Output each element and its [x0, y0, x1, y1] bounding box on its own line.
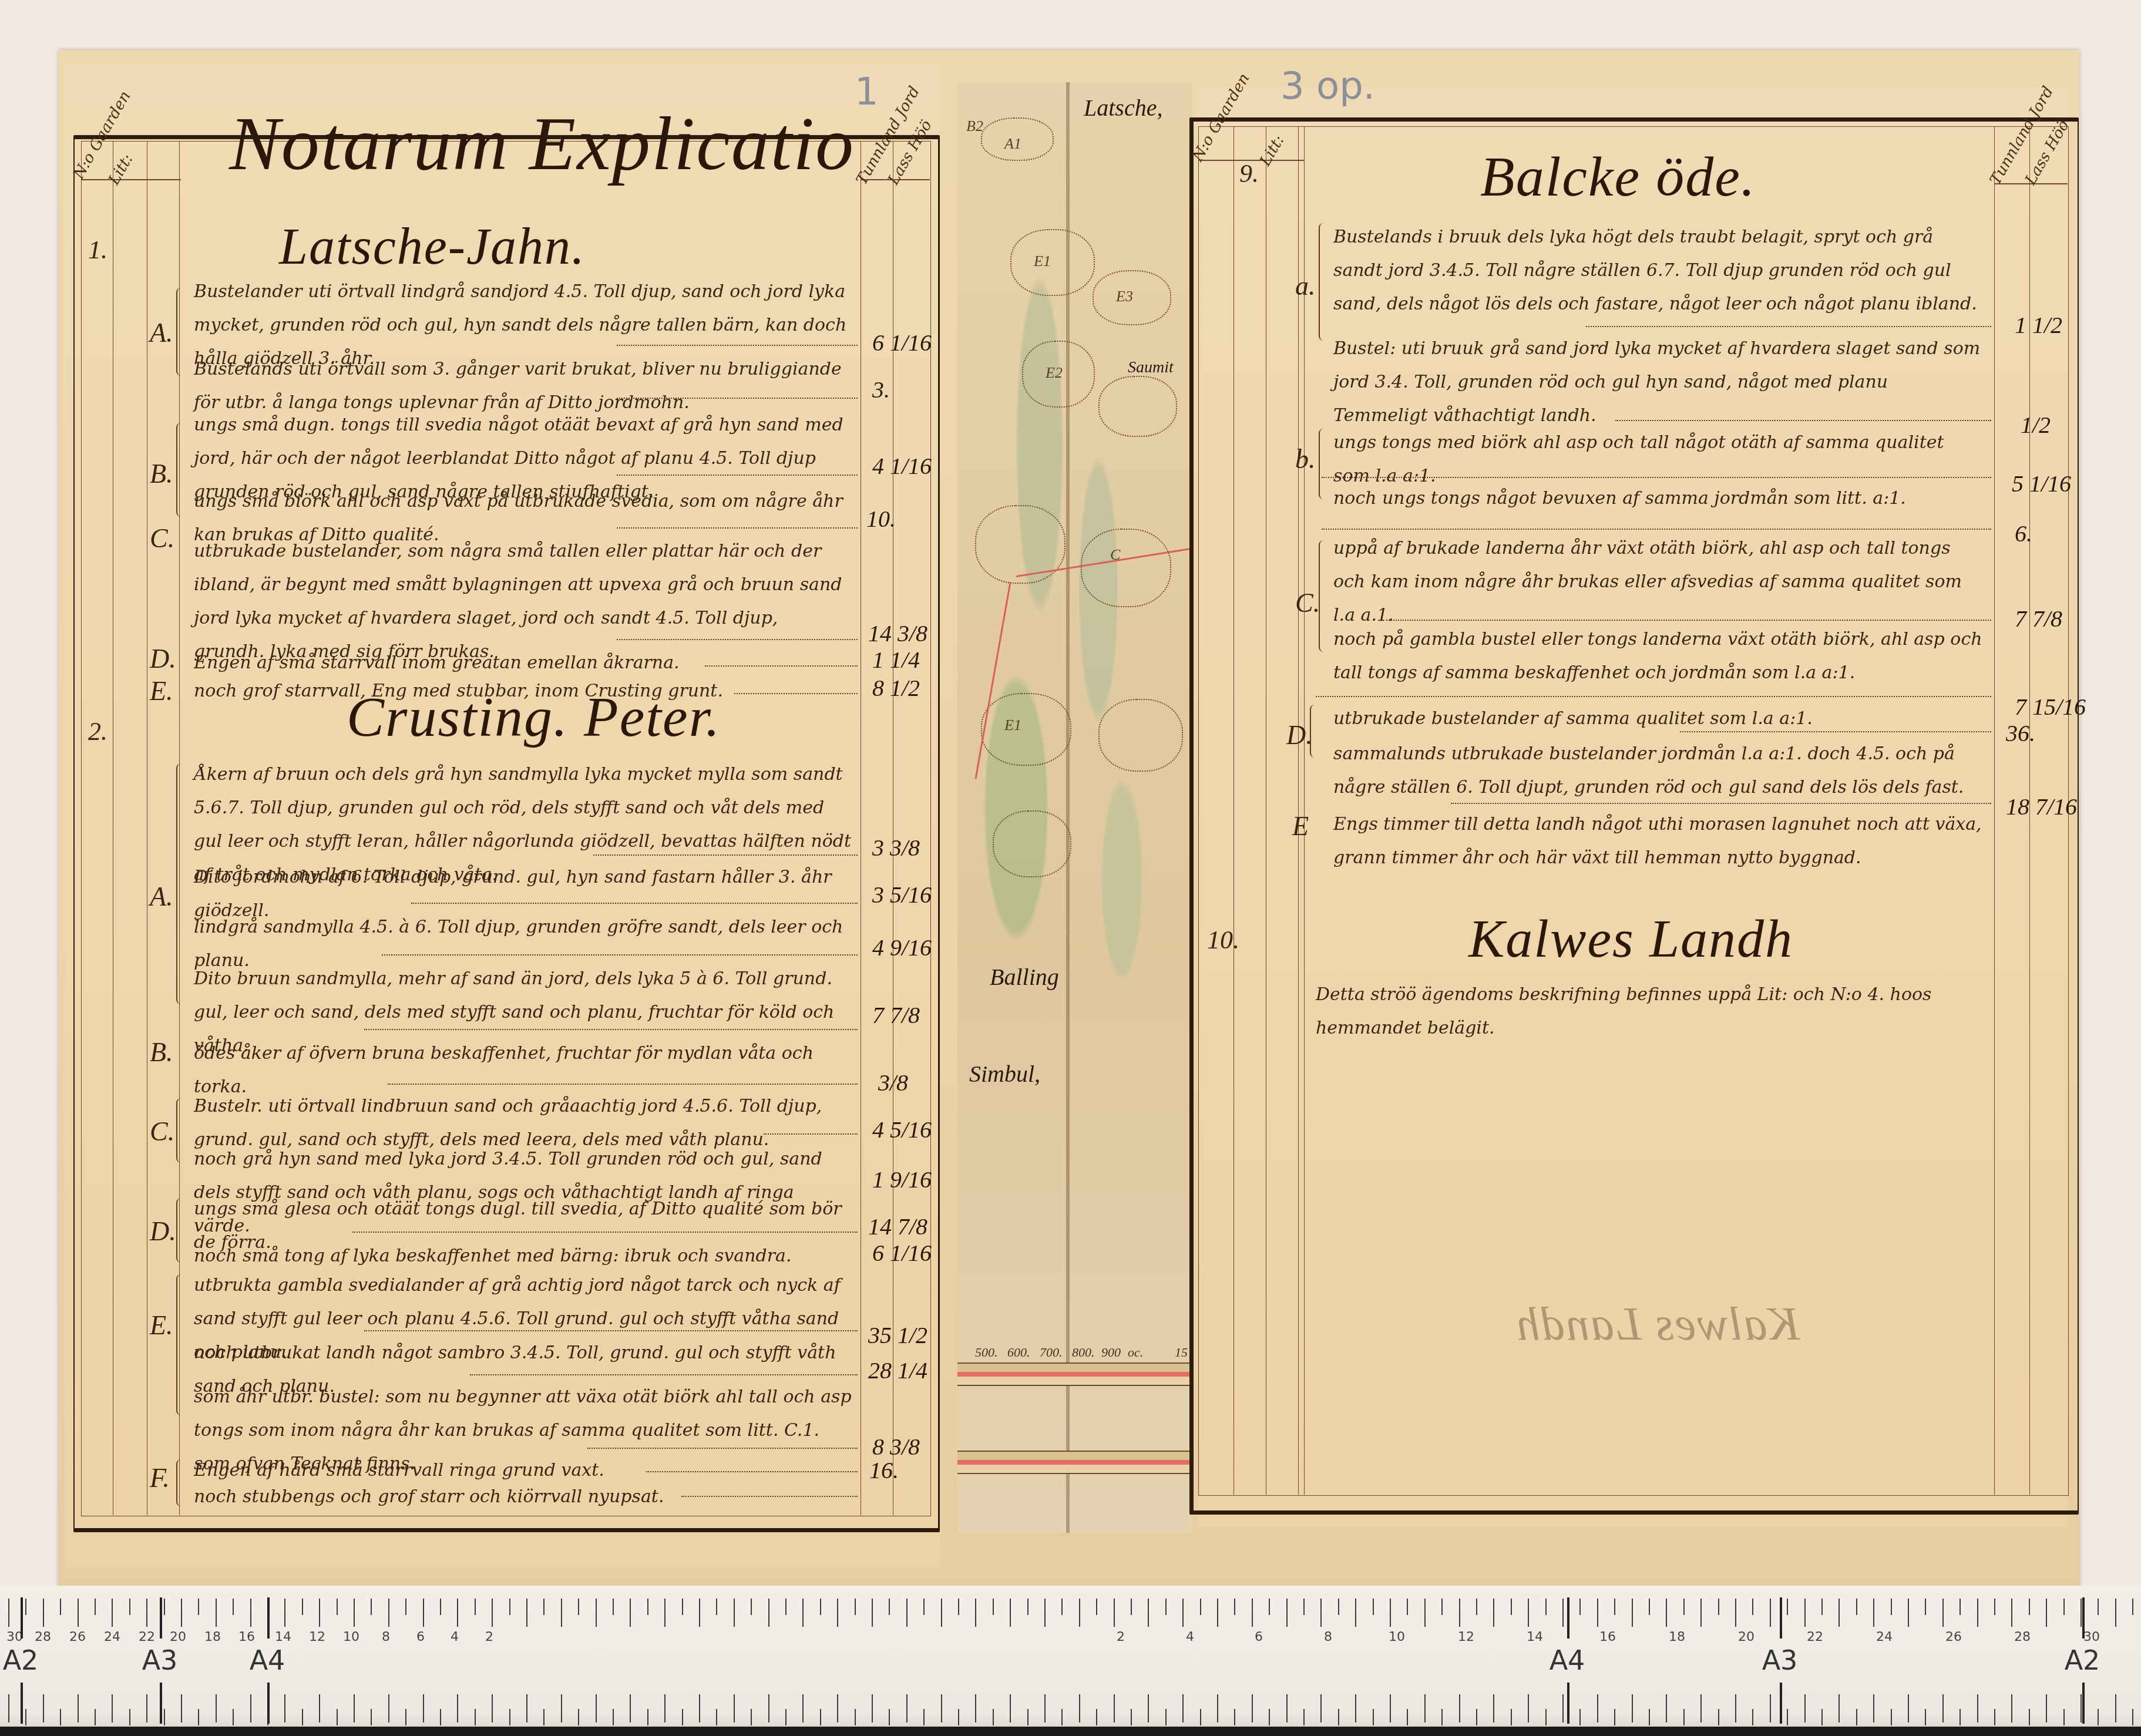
- ruler-tick: [319, 1599, 320, 1627]
- map-place-saumit: Saumit: [1128, 358, 1174, 377]
- ruler-tick: [509, 1599, 510, 1615]
- ruler-paper-size-marker: [2082, 1683, 2085, 1724]
- ruler-tick-label: 12: [1458, 1630, 1474, 1644]
- map-parcel-label: C: [1110, 546, 1120, 564]
- ruler-tick: [1994, 1599, 1995, 1615]
- value-2-F-1: 16.: [869, 1456, 899, 1484]
- entry-separator: [1316, 696, 1991, 697]
- value-9-a-2: 1/2: [2021, 411, 2051, 439]
- value-2-A-4: 7 7/8: [872, 1001, 920, 1029]
- paper-size-label: A2: [2065, 1644, 2100, 1676]
- letter-2-B: B.: [150, 1037, 173, 1068]
- ruler-tick: [1579, 1709, 1581, 1725]
- entry-9-E: Engs timmer till detta landh något uthi …: [1333, 808, 1985, 874]
- ruler-tick: [60, 1599, 61, 1615]
- ruler-tick: [8, 1694, 9, 1722]
- ruler-tick: [388, 1694, 389, 1722]
- ruler-tick: [647, 1709, 648, 1725]
- ruler-tick: [1718, 1599, 1719, 1615]
- ruler-tick: [1908, 1599, 1909, 1627]
- ruler-tick: [2011, 1599, 2012, 1627]
- ruler-tick: [1079, 1599, 1080, 1627]
- ruler-tick: [250, 1599, 251, 1627]
- letter-2-F: F.: [150, 1462, 170, 1493]
- ruler-tick: [1752, 1709, 1753, 1725]
- scale-label: 600.: [1007, 1345, 1030, 1360]
- map-parcel: [1098, 699, 1183, 772]
- ruler-tick-label: 6: [1255, 1630, 1263, 1644]
- ruler-tick: [1804, 1599, 1806, 1627]
- ruler-tick: [664, 1599, 666, 1627]
- ruler-tick: [1632, 1694, 1633, 1722]
- ruler-tick: [837, 1599, 838, 1627]
- letter-1-C: C.: [150, 523, 174, 554]
- entry-separator: [1322, 477, 1991, 478]
- ruler-tick: [302, 1709, 303, 1725]
- ruler-tick: [2080, 1694, 2082, 1722]
- ruler-tick: [423, 1599, 424, 1627]
- ruler-tick-label: 30: [2083, 1630, 2100, 1644]
- ruler-tick: [1528, 1599, 1529, 1627]
- ruler-tick: [1856, 1599, 1857, 1615]
- map-place-latsche: Latsche,: [1084, 94, 1162, 122]
- entry-separator: [617, 527, 858, 529]
- left-col-rule: [113, 141, 113, 1515]
- ruler-tick: [1977, 1599, 1978, 1627]
- entry-9-C-1: uppå af brukade landerna åhr växt otäth …: [1333, 531, 1985, 632]
- ruler-tick: [543, 1599, 545, 1615]
- entry-9-a-1: Bustelands i bruuk dels lyka högt dels t…: [1333, 220, 1985, 321]
- ruler-tick: [1200, 1599, 1201, 1615]
- ruler-tick: [405, 1599, 406, 1615]
- ruler-tick: [699, 1599, 700, 1627]
- value-9-C-1: 7 7/8: [2015, 605, 2062, 633]
- brace: [176, 1098, 182, 1163]
- paper-size-label: A3: [1762, 1644, 1798, 1676]
- ruler-tick: [25, 1599, 26, 1615]
- ruler-tick: [1355, 1599, 1356, 1627]
- ruler-tick: [1355, 1694, 1356, 1722]
- ruler-tick: [1390, 1694, 1391, 1722]
- section-title-9: Balcke öde.: [1480, 144, 1756, 209]
- value-2-B: 3/8: [878, 1069, 908, 1096]
- ruler-tick: [923, 1709, 925, 1725]
- left-header-rule: [81, 179, 181, 180]
- ruler-tick: [233, 1709, 234, 1725]
- ruler-tick: [1252, 1694, 1253, 1722]
- ruler-tick: [1476, 1599, 1477, 1615]
- value-1-A-1: 6 1/16: [872, 329, 932, 356]
- ruler-tick: [1131, 1709, 1132, 1725]
- ruler-tick: [768, 1694, 769, 1722]
- ruler-tick: [2080, 1599, 2082, 1627]
- ruler-tick: [1441, 1709, 1443, 1725]
- ruler-tick: [1114, 1694, 1115, 1722]
- ruler-tick: [1925, 1599, 1926, 1615]
- ruler-tick: [1148, 1694, 1149, 1722]
- ruler-tick-label: 10: [1389, 1630, 1405, 1644]
- ruler-tick: [164, 1599, 165, 1615]
- value-2-C-1: 4 5/16: [872, 1116, 932, 1143]
- entry-9-a-2: Bustel: uti bruuk grå sand jord lyka myc…: [1333, 332, 1985, 432]
- entry-separator: [734, 693, 858, 694]
- entry-10: Detta ströö ägendoms beskrifning befinne…: [1316, 978, 1979, 1045]
- ruler-tick: [630, 1694, 631, 1722]
- entry-separator: [646, 1471, 858, 1472]
- ruler-tick: [181, 1599, 182, 1627]
- letter-2-A: A.: [150, 881, 173, 912]
- entry-separator: [593, 854, 858, 856]
- section-number-1: 1.: [88, 235, 107, 265]
- ruler-tick: [2063, 1709, 2065, 1725]
- ruler-tick: [1114, 1599, 1115, 1627]
- ruler-tick: [284, 1694, 285, 1722]
- ruler-tick: [337, 1599, 338, 1615]
- ruler-tick: [1217, 1694, 1218, 1722]
- entry-separator: [1615, 420, 1991, 421]
- ruler-tick: [475, 1709, 476, 1725]
- entry-separator: [617, 639, 858, 640]
- pencil-page-number: 1: [855, 70, 879, 114]
- ruler-tick: [1096, 1599, 1097, 1615]
- ruler-tick: [1683, 1599, 1685, 1615]
- value-2-E-2: 28 1/4: [868, 1357, 927, 1384]
- right-col-rule: [1233, 126, 1234, 1495]
- ruler-tick: [1683, 1709, 1685, 1725]
- ruler-tick: [1994, 1709, 1995, 1725]
- ruler-paper-size-marker: [1780, 1683, 1782, 1724]
- ruler-tick: [1821, 1709, 1823, 1725]
- entry-separator: [1586, 326, 1991, 327]
- map-parcel: [981, 693, 1071, 766]
- ruler-tick: [1441, 1599, 1443, 1615]
- ruler-tick: [1027, 1599, 1029, 1615]
- ruler-tick: [1908, 1694, 1909, 1722]
- entry-9-C-2: noch på gambla bustel eller tongs lander…: [1333, 623, 1985, 689]
- ruler-tick: [1269, 1599, 1270, 1615]
- ruler-tick: [855, 1599, 856, 1615]
- ruler-tick: [2098, 1599, 2099, 1615]
- map-border-bar: [957, 1451, 1192, 1474]
- map-parcel: [1098, 376, 1177, 437]
- ruler-tick-label: 14: [1527, 1630, 1543, 1644]
- ruler-paper-size-marker: [1780, 1597, 1782, 1639]
- ruler-tick: [716, 1709, 717, 1725]
- ruler-tick: [837, 1694, 838, 1722]
- ruler-tick: [146, 1599, 147, 1627]
- ruler-tick: [664, 1694, 666, 1722]
- ruler-tick: [1424, 1694, 1426, 1722]
- ruler-tick: [1562, 1599, 1564, 1627]
- map-parcel-label: A1: [1004, 135, 1021, 153]
- ruler-tick-label: 28: [2014, 1630, 2031, 1644]
- ruler-tick: [388, 1599, 389, 1627]
- ruler-tick-label: 26: [1945, 1630, 1962, 1644]
- map-parcel: [1081, 529, 1171, 607]
- ruler-tick: [2046, 1599, 2047, 1627]
- ruler-tick: [1269, 1709, 1270, 1725]
- ruler-tick: [129, 1599, 130, 1615]
- ruler-tick: [785, 1709, 787, 1725]
- ruler-tick: [768, 1599, 769, 1627]
- ruler-tick: [60, 1709, 61, 1725]
- map-parcel: [993, 810, 1071, 877]
- value-9-b-1: 5 1/16: [2012, 470, 2071, 497]
- value-1-A-2: 3.: [872, 376, 890, 403]
- ruler-tick-label: 26: [69, 1630, 86, 1644]
- ruler-tick-label: 2: [1117, 1630, 1125, 1644]
- ruler-tick: [1044, 1694, 1046, 1722]
- value-2-A-3: 4 9/16: [872, 934, 932, 961]
- letter-1-B: B.: [150, 458, 173, 489]
- ruler-tick: [1424, 1599, 1426, 1627]
- ruler-tick: [1597, 1599, 1598, 1627]
- ruler-tick: [526, 1599, 527, 1627]
- ruler-tick-label: 2: [485, 1630, 493, 1644]
- ruler-tick: [1338, 1599, 1339, 1615]
- bleed-through-text: Kalwes Landh: [1515, 1298, 1800, 1351]
- letter-2-D: D.: [150, 1216, 176, 1247]
- ruler-tick: [371, 1599, 372, 1615]
- brace: [176, 1198, 182, 1263]
- ruler-tick: [1027, 1709, 1029, 1725]
- ruler-tick: [95, 1709, 96, 1725]
- value-2-A-2: 3 5/16: [872, 881, 932, 909]
- ruler-tick-label: 24: [1876, 1630, 1893, 1644]
- letter-2-C: C.: [150, 1116, 174, 1147]
- ruler-tick: [492, 1599, 493, 1627]
- ruler-tick: [993, 1709, 994, 1725]
- ruler-tick: [1562, 1694, 1564, 1722]
- ruler-tick: [1942, 1694, 1944, 1722]
- ruler-tick: [1632, 1599, 1633, 1627]
- ruler-tick: [1959, 1709, 1961, 1725]
- entry-separator: [764, 1133, 858, 1135]
- ruler-tick: [1666, 1694, 1667, 1722]
- entry-9-D-1: utbrukade bustelander af samma qualitet …: [1333, 702, 1985, 735]
- ruler-tick: [1770, 1694, 1771, 1722]
- ruler-tick-label: 10: [343, 1630, 359, 1644]
- entry-separator: [352, 1232, 858, 1233]
- entry-separator: [1680, 731, 1991, 732]
- ruler-tick: [2132, 1709, 2133, 1725]
- ruler-tick-label: 18: [1669, 1630, 1685, 1644]
- scale-label: 700.: [1040, 1345, 1063, 1360]
- ruler-tick: [2115, 1599, 2116, 1627]
- brace: [176, 288, 182, 376]
- ruler-tick: [699, 1694, 700, 1722]
- entry-separator: [681, 1496, 858, 1497]
- ruler-tick: [440, 1709, 441, 1725]
- ruler-tick: [492, 1694, 493, 1722]
- ruler-tick: [509, 1709, 510, 1725]
- ruler-tick: [1545, 1599, 1547, 1615]
- ruler-tick: [2011, 1694, 2012, 1722]
- ruler-tick: [1217, 1599, 1218, 1627]
- section-number-2: 2.: [88, 716, 107, 746]
- ruler-tick: [2132, 1599, 2133, 1615]
- value-2-A-1: 3 3/8: [872, 834, 920, 862]
- scale-label: 800.: [1072, 1345, 1095, 1360]
- paper-size-label: A4: [1550, 1644, 1585, 1676]
- ruler-tick: [941, 1694, 942, 1722]
- ruler-tick-label: 24: [104, 1630, 120, 1644]
- ruler-tick: [975, 1694, 976, 1722]
- ruler-tick: [2063, 1599, 2065, 1615]
- map-parcel-label: E3: [1116, 288, 1133, 305]
- ruler-tick: [1700, 1694, 1702, 1722]
- ruler-tick: [1165, 1599, 1167, 1615]
- ruler-tick-label: 20: [170, 1630, 186, 1644]
- ruler-paper-size-marker: [1567, 1683, 1569, 1724]
- ruler-tick: [1252, 1599, 1253, 1627]
- ruler-tick: [1597, 1694, 1598, 1722]
- ruler-tick: [1545, 1709, 1547, 1725]
- ruler-tick: [1821, 1599, 1823, 1615]
- ruler-tick: [855, 1709, 856, 1725]
- ruler-tick: [1234, 1709, 1235, 1725]
- ruler-tick-label: 22: [139, 1630, 155, 1644]
- ruler-tick: [820, 1709, 821, 1725]
- section-number-9: 9.: [1239, 159, 1259, 189]
- ruler-tick: [1148, 1599, 1149, 1627]
- ruler-tick: [1373, 1709, 1374, 1725]
- ruler-tick: [112, 1694, 113, 1722]
- ruler-tick: [734, 1694, 735, 1722]
- paper-size-label: A3: [142, 1644, 178, 1676]
- ruler-tick: [1010, 1599, 1011, 1627]
- brace: [1319, 223, 1325, 341]
- ruler-tick: [1459, 1694, 1460, 1722]
- entry-separator: [411, 903, 858, 904]
- value-1-E: 8 1/2: [872, 674, 920, 702]
- ruler-tick: [216, 1599, 217, 1627]
- ruler-paper-size-marker: [2082, 1597, 2085, 1639]
- ruler-tick: [354, 1599, 355, 1627]
- ruler-tick: [958, 1709, 959, 1725]
- ruler-tick: [596, 1694, 597, 1722]
- scale-label: 900: [1101, 1345, 1121, 1360]
- ruler-tick: [1838, 1599, 1840, 1627]
- ruler-tick: [1407, 1599, 1408, 1615]
- ruler-tick: [1476, 1709, 1477, 1725]
- ruler-tick: [1096, 1709, 1097, 1725]
- ruler-tick: [993, 1599, 994, 1615]
- ruler-tick: [1044, 1599, 1046, 1627]
- ruler-tick: [941, 1599, 942, 1627]
- ruler-tick-label: 20: [1738, 1630, 1755, 1644]
- ruler-tick: [354, 1694, 355, 1722]
- ruler-tick: [164, 1709, 165, 1725]
- ruler-tick: [1320, 1599, 1322, 1627]
- ruler-tick: [1614, 1599, 1615, 1615]
- value-2-D-2: 6 1/16: [872, 1239, 932, 1267]
- ruler-tick: [1891, 1599, 1892, 1615]
- ruler-tick: [1286, 1599, 1288, 1627]
- ruler-tick: [1061, 1709, 1063, 1725]
- ruler-tick: [1182, 1599, 1184, 1627]
- ruler-tick: [785, 1599, 787, 1615]
- ruler-tick: [146, 1694, 147, 1722]
- ruler-tick: [129, 1709, 130, 1725]
- ruler-tick: [975, 1599, 976, 1627]
- ruler-tick: [1459, 1599, 1460, 1627]
- ruler-tick-label: 22: [1807, 1630, 1823, 1644]
- ruler-tick: [578, 1599, 579, 1615]
- entry-separator: [388, 1084, 858, 1085]
- letter-9-b: b.: [1295, 443, 1316, 475]
- pencil-page-marker: 3 op.: [1280, 65, 1375, 108]
- ruler-tick: [1303, 1599, 1305, 1615]
- ruler-tick: [2098, 1709, 2099, 1725]
- map-strip: Latsche, Saumit Balling Simbul, A1 B2 E1…: [957, 82, 1192, 1533]
- value-9-D-1: 36.: [2006, 719, 2035, 747]
- ruler-tick: [457, 1694, 458, 1722]
- scanner-edge: [0, 1727, 2141, 1736]
- ruler-tick: [889, 1599, 890, 1615]
- ruler-tick: [1752, 1599, 1753, 1615]
- ruler-tick: [1735, 1599, 1736, 1627]
- entry-separator: [364, 1330, 858, 1331]
- left-col-rule: [861, 141, 861, 1515]
- ruler-tick: [647, 1599, 648, 1615]
- ruler-tick: [337, 1709, 338, 1725]
- entry-separator: [1322, 529, 1991, 530]
- main-title: Notarum Explicatio: [229, 100, 855, 188]
- ruler-tick: [596, 1599, 597, 1627]
- brace: [1310, 705, 1316, 758]
- ruler-tick: [1165, 1709, 1167, 1725]
- ruler-tick-label: 8: [382, 1630, 390, 1644]
- ruler-tick: [906, 1599, 908, 1627]
- ruler-tick: [613, 1709, 614, 1725]
- ruler-tick: [1338, 1709, 1339, 1725]
- ruler-tick: [1286, 1694, 1288, 1722]
- ruler-tick: [1718, 1709, 1719, 1725]
- right-col-rule: [1994, 126, 1995, 1495]
- entry-separator: [1451, 803, 1991, 804]
- ruler-tick: [1131, 1599, 1132, 1615]
- letter-9-C: C.: [1295, 587, 1320, 618]
- ruler-tick: [198, 1709, 199, 1725]
- ruler-tick-label: 28: [35, 1630, 51, 1644]
- ruler-tick: [440, 1599, 441, 1615]
- map-scale-bar: [957, 1362, 1192, 1386]
- ruler-tick-label: 14: [275, 1630, 291, 1644]
- brace: [176, 423, 182, 517]
- ruler-tick-label: 6: [416, 1630, 425, 1644]
- ruler-tick-label: 8: [1324, 1630, 1332, 1644]
- entry-separator: [382, 954, 858, 956]
- ruler-tick: [43, 1599, 44, 1627]
- entry-separator: [617, 345, 858, 346]
- ruler-tick: [561, 1694, 562, 1722]
- ruler-tick: [802, 1694, 804, 1722]
- ruler-tick: [1303, 1709, 1305, 1725]
- ruler-tick: [802, 1599, 804, 1627]
- letter-2-E: E.: [150, 1310, 173, 1341]
- letter-1-A: A.: [150, 317, 173, 348]
- map-parcel-label: E2: [1046, 364, 1063, 382]
- ruler-tick: [1079, 1694, 1080, 1722]
- ruler-tick: [1390, 1599, 1391, 1627]
- ruler-tick: [1787, 1599, 1788, 1615]
- section-title-1: Latsche-Jahn.: [279, 217, 586, 277]
- brace: [1319, 540, 1325, 652]
- section-title-10: Kalwes Landh: [1468, 907, 1793, 970]
- scale-label: 500.: [975, 1345, 998, 1360]
- ruler-paper-size-marker: [160, 1597, 162, 1639]
